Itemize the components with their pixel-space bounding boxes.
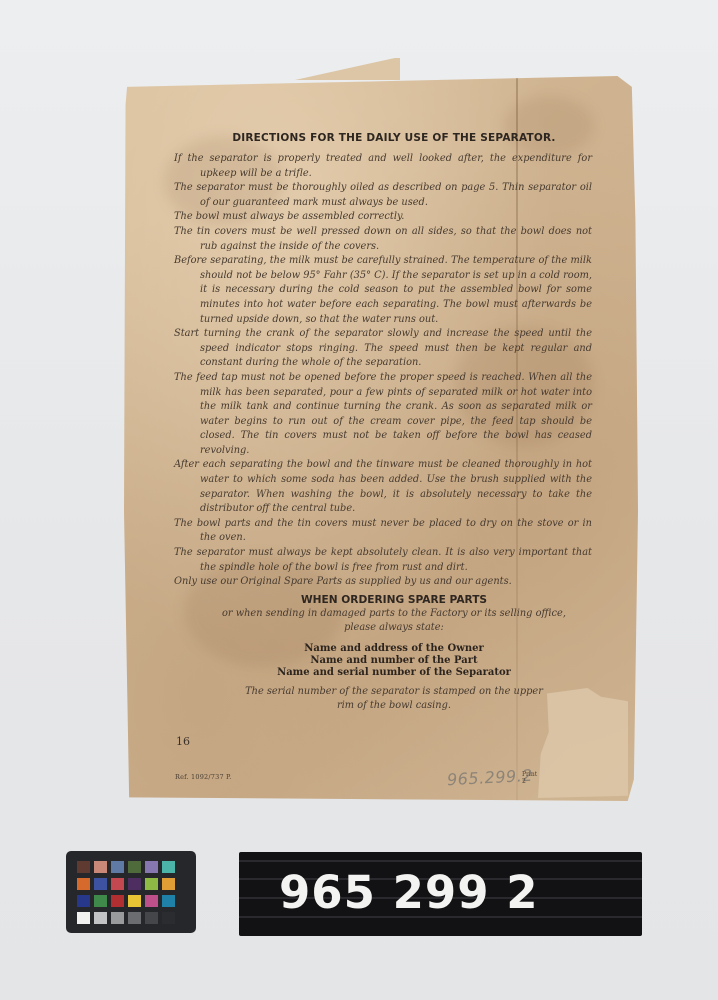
- color-swatch: [162, 895, 175, 907]
- print-mark-sub: 2: [522, 778, 537, 785]
- direction-paragraph: Before separating, the milk must be care…: [174, 254, 592, 327]
- color-swatch: [111, 878, 124, 890]
- torn-tab-flap: [295, 58, 400, 80]
- reference-code: Ref. 1092/737 P.: [175, 773, 232, 781]
- direction-paragraph: The bowl parts and the tin covers must n…: [174, 517, 592, 546]
- accession-number-plate: 965 299 2: [239, 852, 642, 936]
- color-swatch: [94, 912, 107, 924]
- color-swatch: [94, 878, 107, 890]
- direction-paragraph: If the separator is properly treated and…: [174, 152, 592, 181]
- color-swatch: [128, 878, 141, 890]
- color-swatch: [145, 861, 158, 873]
- spare-parts-intro-1: or when sending in damaged parts to the …: [196, 607, 592, 622]
- direction-paragraph: The separator must be thoroughly oiled a…: [174, 181, 592, 210]
- color-swatch: [145, 895, 158, 907]
- document-content: DIRECTIONS FOR THE DAILY USE OF THE SEPA…: [174, 132, 592, 714]
- required-info-item: Name and serial number of the Separator: [196, 667, 592, 679]
- direction-paragraph: The tin covers must be well pressed down…: [174, 225, 592, 254]
- color-swatch: [77, 878, 90, 890]
- color-swatch: [111, 895, 124, 907]
- color-swatch: [77, 895, 90, 907]
- serial-note-2: rim of the bowl casing.: [196, 699, 592, 714]
- page-number: 16: [176, 735, 190, 748]
- color-swatch: [111, 912, 124, 924]
- required-info-item: Name and number of the Part: [196, 655, 592, 667]
- color-swatch: [128, 895, 141, 907]
- spare-parts-heading: WHEN ORDERING SPARE PARTS: [196, 594, 592, 606]
- serial-note-1: The serial number of the separator is st…: [196, 685, 592, 700]
- color-swatch: [94, 895, 107, 907]
- print-mark-label: Print: [522, 771, 537, 778]
- direction-paragraph: After each separating the bowl and the t…: [174, 458, 592, 516]
- document-title: DIRECTIONS FOR THE DAILY USE OF THE SEPA…: [196, 132, 592, 144]
- accession-number: 965 299 2: [279, 868, 539, 918]
- color-swatch: [162, 912, 175, 924]
- color-swatch: [128, 912, 141, 924]
- color-swatch: [145, 912, 158, 924]
- spare-parts-intro-2: please always state:: [196, 621, 592, 636]
- color-swatch: [94, 861, 107, 873]
- directions-list: If the separator is properly treated and…: [174, 152, 592, 590]
- direction-paragraph: The bowl must always be assembled correc…: [174, 210, 592, 225]
- plate-groove: [239, 860, 642, 862]
- color-swatch: [162, 861, 175, 873]
- required-info-item: Name and address of the Owner: [196, 643, 592, 655]
- direction-paragraph: Only use our Original Spare Parts as sup…: [174, 575, 592, 590]
- color-swatch: [128, 861, 141, 873]
- spare-parts-required-info: Name and address of the Owner Name and n…: [196, 643, 592, 680]
- color-checker-card: [66, 851, 196, 933]
- color-swatch: [111, 861, 124, 873]
- color-swatch: [162, 878, 175, 890]
- color-swatch: [145, 878, 158, 890]
- color-swatch: [77, 912, 90, 924]
- direction-paragraph: Start turning the crank of the separator…: [174, 327, 592, 371]
- print-mark: Print 2: [522, 771, 537, 785]
- direction-paragraph: The separator must always be kept absolu…: [174, 546, 592, 575]
- color-swatch: [77, 861, 90, 873]
- direction-paragraph: The feed tap must not be opened before t…: [174, 371, 592, 459]
